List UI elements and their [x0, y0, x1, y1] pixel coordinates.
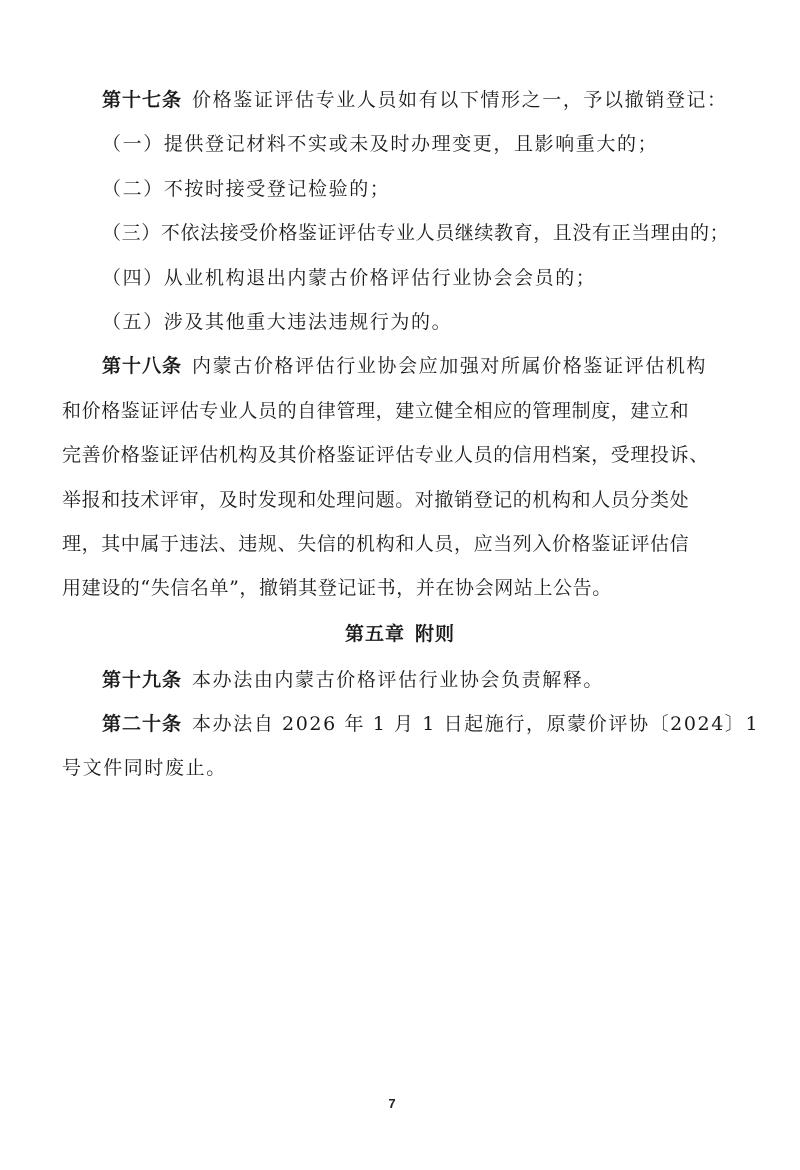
- article-20-line-2: 号文件同时废止。: [62, 746, 738, 790]
- article-18-line-1: 第十八条内蒙古价格评估行业协会应加强对所属价格鉴证评估机构: [62, 344, 738, 388]
- chapter-number: 第五章: [345, 623, 405, 645]
- article-17-item-5: （五）涉及其他重大违法违规行为的。: [62, 300, 738, 344]
- article-17-text: 价格鉴证评估专业人员如有以下情形之一，予以撤销登记：: [192, 89, 728, 111]
- chapter-title: 附则: [415, 623, 455, 645]
- article-19-line: 第十九条本办法由内蒙古价格评估行业协会负责解释。: [62, 658, 738, 702]
- article-18-line-3: 完善价格鉴证评估机构及其价格鉴证评估专业人员的信用档案，受理投诉、: [62, 433, 738, 477]
- article-18-line-6: 用建设的“失信名单”，撤销其登记证书，并在协会网站上公告。: [62, 566, 738, 610]
- article-18-line-5: 理，其中属于违法、违规、失信的机构和人员，应当列入价格鉴证评估信: [62, 522, 738, 566]
- article-17-item-1: （一）提供登记材料不实或未及时办理变更，且影响重大的；: [62, 122, 738, 166]
- article-17-label: 第十七条: [102, 89, 182, 111]
- article-17-heading-line: 第十七条价格鉴证评估专业人员如有以下情形之一，予以撤销登记：: [62, 78, 738, 122]
- article-17-item-2: （二）不按时接受登记检验的；: [62, 167, 738, 211]
- article-20-text: 本办法自 2026 年 1 月 1 日起施行，原蒙价评协〔2024〕1: [192, 713, 759, 735]
- page-number: 7: [0, 1096, 784, 1111]
- article-20-line-1: 第二十条本办法自 2026 年 1 月 1 日起施行，原蒙价评协〔2024〕1: [62, 702, 738, 746]
- article-17-item-4: （四）从业机构退出内蒙古价格评估行业协会会员的；: [62, 256, 738, 300]
- article-19-text: 本办法由内蒙古价格评估行业协会负责解释。: [192, 669, 604, 691]
- article-18-line-2: 和价格鉴证评估专业人员的自律管理，建立健全相应的管理制度，建立和: [62, 389, 738, 433]
- chapter-heading: 第五章附则: [62, 611, 738, 658]
- article-18-text: 内蒙古价格评估行业协会应加强对所属价格鉴证评估机构: [192, 355, 707, 377]
- document-page: 第十七条价格鉴证评估专业人员如有以下情形之一，予以撤销登记： （一）提供登记材料…: [62, 78, 738, 791]
- article-20-label: 第二十条: [102, 713, 182, 735]
- article-17-item-3: （三）不依法接受价格鉴证评估专业人员继续教育，且没有正当理由的；: [62, 211, 738, 255]
- article-19-label: 第十九条: [102, 669, 182, 691]
- article-18-label: 第十八条: [102, 355, 182, 377]
- article-18-line-4: 举报和技术评审，及时发现和处理问题。对撤销登记的机构和人员分类处: [62, 478, 738, 522]
